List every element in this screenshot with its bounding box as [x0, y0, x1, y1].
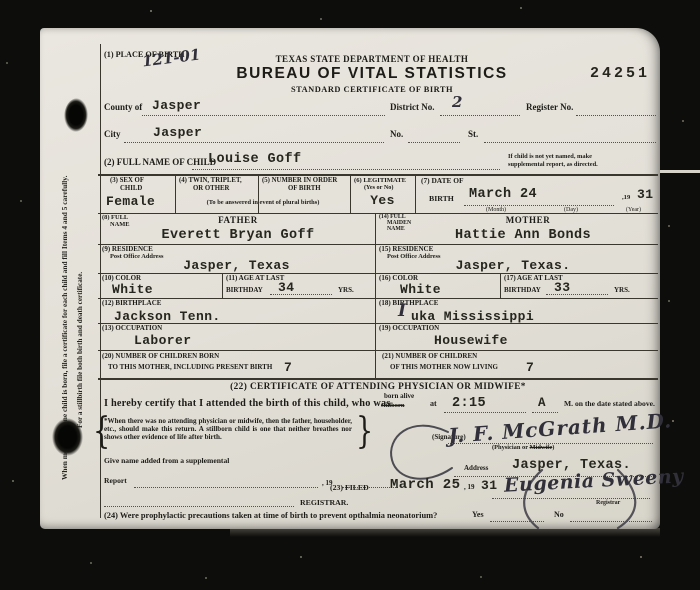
street-label: St.: [468, 130, 478, 140]
register-fill-line: [576, 115, 656, 116]
sex-label: (3) SEX OF: [110, 177, 144, 184]
mother-age-fill-line: [546, 294, 608, 295]
father-residence-value: Jasper, Texas: [98, 258, 375, 273]
district-fill-line: [440, 115, 520, 116]
table-border: [98, 378, 658, 380]
city-fill-line: [124, 142, 384, 143]
ink-blot-top: [64, 98, 88, 132]
district-value: 2: [452, 93, 462, 111]
bureau-title: BUREAU OF VITAL STATISTICS: [172, 66, 572, 83]
certificate-title: STANDARD CERTIFICATE OF BIRTH: [172, 85, 572, 94]
father-age-label2: BIRTHDAY: [226, 287, 263, 295]
birth-year-value: 31: [637, 187, 653, 202]
mother-birthplace-hand-initial: I: [398, 301, 406, 321]
date-of-birth-label: (7) DATE OF: [421, 177, 464, 185]
street-no-fill-line: [408, 142, 460, 143]
yes-fill-line: [490, 521, 544, 522]
unnamed-child-note-line2: supplemental report, as directed.: [508, 162, 598, 169]
born-alive-option: born alive: [384, 393, 414, 401]
birth-date-value: March 24: [469, 187, 537, 202]
midwife-struck: Midwife: [530, 444, 553, 451]
margin-note-stillbirth: For a stillbirth file both birth and dea…: [76, 272, 84, 428]
at-label: at: [430, 400, 437, 409]
table-border: [500, 273, 501, 298]
father-age-label: (11) AGE AT LAST: [226, 275, 284, 283]
legitimate-sublabel: (Yes or No): [364, 185, 393, 192]
physician-sub-pre: (Physician or: [492, 444, 530, 451]
footnote-brace-close: }: [356, 411, 373, 453]
table-border: [98, 350, 658, 351]
child-name-value: Louise Goff: [208, 152, 302, 167]
table-border: [98, 244, 658, 245]
film-scratch-line: [655, 170, 700, 173]
ampm-fill-line: [532, 412, 558, 413]
film-grain-specks: [0, 0, 2, 2]
mother-yrs-label: YRS.: [614, 287, 630, 295]
prophylactic-question: (24) Were prophylactic precautions taken…: [104, 511, 437, 520]
birth-order-label: (5) NUMBER IN ORDER: [262, 177, 337, 184]
plural-births-note: (To be answered in event of plural birth…: [178, 200, 348, 207]
children-living-label2: OF THIS MOTHER NOW LIVING: [390, 364, 498, 372]
physician-or-midwife-sublabel: (Physician or Midwife): [492, 445, 554, 452]
register-label: Register No.: [526, 103, 573, 113]
stillborn-footnote: *When there was no attending physician o…: [104, 417, 352, 441]
children-born-value: 7: [284, 360, 292, 375]
year-label: (Year): [626, 207, 641, 213]
physician-certificate-heading: (22) CERTIFICATE OF ATTENDING PHYSICIAN …: [98, 382, 658, 392]
child-name-fill-line: [192, 169, 500, 170]
table-border: [98, 174, 658, 176]
mother-age-label2: BIRTHDAY: [504, 287, 541, 295]
father-name-value: Everett Bryan Goff: [118, 228, 358, 243]
registrar-fill-line: [104, 506, 294, 507]
birth-order-label2: OF BIRTH: [288, 185, 321, 192]
month-label: (Month): [486, 207, 506, 213]
day-label: (Day): [564, 207, 578, 213]
birth-time-value: 2:15: [452, 396, 486, 411]
signature-flourish-loop: [384, 422, 460, 484]
mother-occupation-label: (19) OCCUPATION: [379, 325, 439, 333]
street-fill-line: [484, 142, 656, 143]
county-value: Jasper: [152, 98, 201, 113]
sex-label2: CHILD: [120, 185, 142, 192]
father-occupation-value: Laborer: [134, 333, 191, 348]
children-living-value: 7: [526, 360, 534, 375]
mother-name-value: Hattie Ann Bonds: [398, 228, 648, 243]
table-border: [175, 174, 176, 213]
filed-year-prefix: , 19: [464, 484, 475, 492]
no-fill-line: [570, 521, 652, 522]
serial-number: 24251: [590, 65, 650, 82]
year-prefix-label: ,19: [622, 194, 630, 201]
table-border: [98, 298, 658, 299]
stillborn-option-struck: stillborn: [381, 402, 404, 409]
child-name-label: (2) FULL NAME OF CHILD: [104, 158, 216, 168]
filed-label: (23) FILED: [330, 484, 369, 492]
yes-label: Yes: [472, 511, 484, 520]
birth-word-label: BIRTH: [429, 195, 454, 203]
city-label: City: [104, 130, 121, 140]
ink-blot-bottom: [52, 418, 83, 456]
certify-statement: I hereby certify that I attended the bir…: [104, 398, 391, 409]
street-no-label: No.: [390, 130, 403, 140]
supplemental-name-label: Give name added from a supplemental: [104, 457, 229, 465]
table-border: [222, 273, 223, 298]
father-birthplace-label: (12) BIRTHPLACE: [102, 300, 161, 308]
am-pm-value: A: [538, 396, 546, 410]
county-label: County of: [104, 103, 142, 113]
unnamed-child-note-line1: If child is not yet named, make: [508, 154, 592, 161]
no-label: No: [554, 511, 564, 520]
report-fill-line: [134, 487, 318, 488]
father-age-fill-line: [270, 294, 332, 295]
mother-birthplace-label: (18) BIRTHPLACE: [379, 300, 438, 308]
father-color-value: White: [112, 282, 153, 297]
mother-age-value: 33: [554, 280, 570, 295]
mother-residence-value: Jasper, Texas.: [378, 258, 648, 273]
children-born-label: (20) NUMBER OF CHILDREN BORN: [102, 353, 219, 361]
mother-color-value: White: [400, 282, 441, 297]
sex-value: Female: [106, 194, 155, 209]
time-fill-line: [444, 412, 526, 413]
registrar-line-label: REGISTRAR.: [300, 499, 348, 507]
physician-sub-post: ): [552, 444, 554, 451]
mother-birthplace-value: uka Mississippi: [411, 309, 534, 324]
mother-heading: MOTHER: [428, 216, 628, 226]
scanned-birth-certificate: When more than one child is born, file a…: [0, 0, 700, 590]
table-border: [415, 174, 416, 213]
birth-date-fill-line: [464, 205, 614, 206]
father-age-value: 34: [278, 280, 294, 295]
twin-label2: OR OTHER: [193, 185, 229, 192]
district-label: District No.: [390, 103, 435, 113]
vitals-table: (3) SEX OF CHILD Female (4) TWIN, TRIPLE…: [98, 174, 660, 380]
father-heading: FATHER: [138, 216, 338, 226]
mother-occupation-value: Housewife: [434, 333, 508, 348]
department-title: TEXAS STATE DEPARTMENT OF HEALTH: [172, 55, 572, 65]
children-born-label2: TO THIS MOTHER, INCLUDING PRESENT BIRTH: [108, 364, 272, 372]
certify-statement-tail: M. on the date stated above.: [564, 400, 655, 408]
legitimate-value: Yes: [350, 193, 415, 208]
table-border: [98, 273, 658, 274]
certificate-paper: When more than one child is born, file a…: [40, 28, 660, 529]
table-border: [258, 174, 259, 213]
city-value: Jasper: [153, 125, 202, 140]
children-living-label: (21) NUMBER OF CHILDREN: [382, 353, 477, 361]
father-birthplace-value: Jackson Tenn.: [114, 309, 221, 324]
filed-date-value: March 25: [390, 477, 460, 493]
twin-label: (4) TWIN, TRIPLET,: [179, 177, 242, 184]
father-occupation-label: (13) OCCUPATION: [102, 325, 162, 333]
county-fill-line: [142, 115, 385, 116]
address-label: Address: [464, 465, 488, 473]
table-center-divider: [375, 213, 376, 378]
report-label: Report: [104, 477, 127, 485]
father-yrs-label: YRS.: [338, 287, 354, 295]
physician-signature: J. F. McGrath M.D.: [447, 408, 672, 448]
